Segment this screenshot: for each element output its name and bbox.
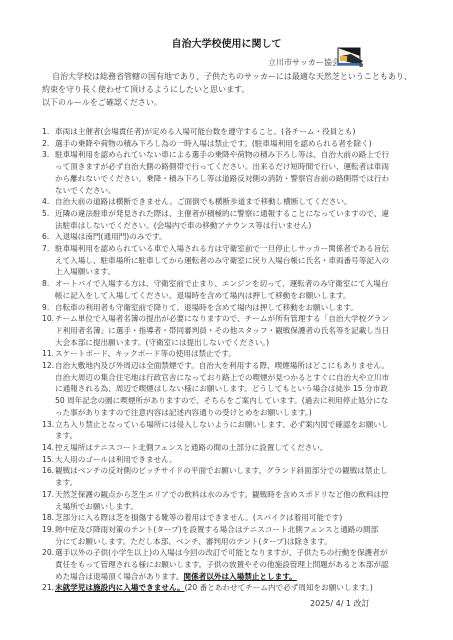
rule-text: 控え場所はテニスコート北側フェンスと通路の間の土部分に設置してください。 xyxy=(55,442,442,454)
rule-text-line: 駐車場利用を認められている車で入場される方は守衛室前で一旦停止しサッカー関係者で… xyxy=(55,243,442,255)
rule-text-line: え場所でお願いします。 xyxy=(55,501,442,513)
rules-list: 1.車両は主催者(会場責任者)が定める入場可能台数を遵守すること。(各チーム・役… xyxy=(42,126,442,594)
rule-text: 近隣の違法駐車が発見された際は、主催者が積極的に警察に通報することになっています… xyxy=(55,208,442,231)
rule-text: 芝部分に入る際は芝を損傷する靴等の着用はできません。(スパイクは着用可能です) xyxy=(55,512,442,524)
rule-text-line: 天然芝保護の観点から芝生エリアでの飲料は水のみです。観戦時を含めスポドリなど他の… xyxy=(55,489,442,501)
rule-number: 9. xyxy=(42,302,55,314)
rule-item: 14.控え場所はテニスコート北側フェンスと通路の間の土部分に設置してください。 xyxy=(42,442,442,454)
rule-item: 7.駐車場利用を認められている車で入場される方は守衛室前で一旦停止しサッカー関係… xyxy=(42,243,442,278)
rule-number: 5. xyxy=(42,208,55,231)
rule-text-line: 分にてお願いします。ただし本部、ベンチ、審判用のテント(タープ)は除きます。 xyxy=(55,536,442,548)
rule-text-line: 近隣の違法駐車が発見された際は、主催者が積極的に警察に通報することになっています… xyxy=(55,208,442,220)
rule-number: 18. xyxy=(42,512,55,524)
rule-item: 4.自治大前の道路は横断できません。ご面倒でも横断歩道まで移動し横断してください… xyxy=(42,196,442,208)
rule-text-line: オートバイで入場する方は、守衛室前で止まり、エンジンを切って、運転者のみ守衛室に… xyxy=(55,278,442,290)
rule-text-line: 上入場願います。 xyxy=(55,266,442,278)
rule-text-line: 選手の乗降や荷物の積み下ろし為の一時入場は禁止です。(駐車場利用を認められる者を… xyxy=(55,138,442,150)
rule-text: 大人用のゴールは利用できません。 xyxy=(55,454,442,466)
soccer-association-logo-icon xyxy=(337,47,365,69)
organization-name: 立川市サッカー協会 xyxy=(268,57,340,68)
rule-number: 15. xyxy=(42,454,55,466)
rule-number: 12. xyxy=(42,360,55,419)
rule-text-line: えて入場し、駐車場所に駐車してから運転者のみ守衛室に戻り入場台帳に氏名・車両番号… xyxy=(55,255,442,267)
rule-text: オートバイで入場する方は、守衛室前で止まり、エンジンを切って、運転者のみ守衛室に… xyxy=(55,278,442,301)
rule-number: 16. xyxy=(42,465,55,488)
rule-item: 16.観戦はベンチの反対側のピッチサイドの平面でお願いします、グランド斜面部分で… xyxy=(42,465,442,488)
rule-text: 観戦はベンチの反対側のピッチサイドの平面でお願いします、グランド斜面部分での観戦… xyxy=(55,465,442,488)
rule-text-plain: (20 番とあわせてチーム内で必ず周知をお願いします。) xyxy=(185,583,373,592)
rule-text: 自転車の利用者も守衛室前で降りて、退場時を含めて場内は押して移動をお願いします。 xyxy=(55,302,442,314)
rule-text-line: 立ち入り禁止となっている場所には侵入しないようにお願いします、必ず案内図で確認を… xyxy=(55,419,442,431)
rule-number: 1. xyxy=(42,126,55,138)
rule-text-line: 自治大周辺の集合住宅地は行政官舎になっており路上での喫煙が見つかるとすぐに自治大… xyxy=(55,372,442,384)
rule-text-line: ド利用者名簿」に選手・指導者・帯同審判員・その他スタッフ・観戦保護者の氏名等を記… xyxy=(55,325,442,337)
rule-text-line: 帳に記入をして入場してください。退場時を含めて場内は押して移動をお願いします。 xyxy=(55,290,442,302)
rule-item: 19.熱中症及び降雨対策のテント(タープ)を設置する場合はテニスコート北側フェン… xyxy=(42,524,442,547)
revision-date: 2025/ 4/ 1 改訂 xyxy=(310,598,370,609)
rule-text: 入退場は南門(通用門)のみです。 xyxy=(55,231,442,243)
rule-text-line: 自治大前の道路は横断できません。ご面倒でも横断歩道まで移動し横断してください。 xyxy=(55,196,442,208)
rule-text-line: スケートボード、キックボード等の使用は禁止です。 xyxy=(55,348,442,360)
rule-text-line: 未就学児は施設内に入場できません。(20 番とあわせてチーム内で必ず周知をお願い… xyxy=(55,582,442,594)
rule-number: 7. xyxy=(42,243,55,278)
rule-text-line: 熱中症及び降雨対策のテント(タープ)を設置する場合はテニスコート北側フェンスと通… xyxy=(55,524,442,536)
rule-text: 自治大前の道路は横断できません。ご面倒でも横断歩道まで移動し横断してください。 xyxy=(55,196,442,208)
rule-text-line: めた場合は退場頂く場合があります。関係者以外は入場禁止とします。 xyxy=(55,571,442,583)
rule-item: 11.スケートボード、キックボード等の使用は禁止です。 xyxy=(42,348,442,360)
rule-text-line: 責任をもって管理される様にお願いします。子供の放置やその他施設管理上問題があると… xyxy=(55,559,442,571)
rule-text: 自治大敷地内及び外周辺は全面禁煙です。自治大を利用する際、喫煙場所はどこにもあり… xyxy=(55,360,442,419)
rule-text-line: から離れないでください。乗降・積み下ろし等は道路反対側の消防・警察官舎前の路側帯… xyxy=(55,173,442,185)
rule-text-plain: めた場合は退場頂く場合があります。 xyxy=(55,572,183,581)
rule-item: 6.入退場は南門(通用門)のみです。 xyxy=(42,231,442,243)
rule-text-line: 自治大敷地内及び外周辺は全面禁煙です。自治大を利用する際、喫煙場所はどこにもあり… xyxy=(55,360,442,372)
rule-item: 1.車両は主催者(会場責任者)が定める入場可能台数を遵守すること。(各チーム・役… xyxy=(42,126,442,138)
rule-item: 18.芝部分に入る際は芝を損傷する靴等の着用はできません。(スパイクは着用可能で… xyxy=(42,512,442,524)
rule-text: 駐車場利用を認められていない車による選手の乗降や荷物の積み下ろし等は、自治大前の… xyxy=(55,149,442,196)
rule-number: 21. xyxy=(42,582,55,594)
rule-text: 選手の乗降や荷物の積み下ろし為の一時入場は禁止です。(駐車場利用を認められる者を… xyxy=(55,138,442,150)
rule-number: 10. xyxy=(42,313,55,348)
rule-text-line: 控え場所はテニスコート北側フェンスと通路の間の土部分に設置してください。 xyxy=(55,442,442,454)
intro-line-2: 約束を守り長く使わせて頂けるようにしたいと思います。 xyxy=(42,83,442,96)
intro-line-3: 以下のルールをご確認ください。 xyxy=(42,96,442,109)
rule-text: チーム単位で入場者名簿の提出が必要になりますので、チームが所有管理する「自治大学… xyxy=(55,313,442,348)
rule-item: 13.立ち入り禁止となっている場所には侵入しないようにお願いします、必ず案内図で… xyxy=(42,419,442,442)
rule-text-line: に通報される為、周辺で喫煙はしない様にお願いします。どうしてもという場合は徒歩 … xyxy=(55,383,442,395)
rule-text-line: った事がありますので注意内容は記述内容通りの受けとめをお願いします。) xyxy=(55,407,442,419)
rule-text-emphasis: 未就学児は施設内に入場できません。 xyxy=(55,583,185,592)
rule-text: 選手以外の子供(小学生以上)の入場は今回の改訂で可能となりますが、子供たちの行動… xyxy=(55,547,442,582)
intro-text: 自治大学校は総務省管轄の国有地であり、子供たちのサッカーには最適な天然芝というこ… xyxy=(42,70,442,109)
rule-text-line: 駐車場利用を認められていない車による選手の乗降や荷物の積み下ろし等は、自治大前の… xyxy=(55,149,442,161)
rule-text-line: 法駐車はしないでください。(会場内で車の移動アナウンス等は行いません) xyxy=(55,220,442,232)
rule-item: 12.自治大敷地内及び外周辺は全面禁煙です。自治大を利用する際、喫煙場所はどこに… xyxy=(42,360,442,419)
rule-number: 4. xyxy=(42,196,55,208)
rule-text: 天然芝保護の観点から芝生エリアでの飲料は水のみです。観戦時を含めスポドリなど他の… xyxy=(55,489,442,512)
rule-text-line: 観戦はベンチの反対側のピッチサイドの平面でお願いします、グランド斜面部分での観戦… xyxy=(55,465,442,477)
rule-text-line: 自転車の利用者も守衛室前で降りて、退場時を含めて場内は押して移動をお願いします。 xyxy=(55,302,442,314)
rule-text-line: 大会本部に提出願います。(守衛室には提出しないでください。) xyxy=(55,337,442,349)
rule-text-line: チーム単位で入場者名簿の提出が必要になりますので、チームが所有管理する「自治大学… xyxy=(55,313,442,325)
rule-text-line: ないでください。 xyxy=(55,185,442,197)
page-title: 自治大学校使用に関して xyxy=(0,35,453,50)
rule-number: 11. xyxy=(42,348,55,360)
intro-line-1: 自治大学校は総務省管轄の国有地であり、子供たちのサッカーには最適な天然芝というこ… xyxy=(42,70,442,83)
rule-item: 20.選手以外の子供(小学生以上)の入場は今回の改訂で可能となりますが、子供たち… xyxy=(42,547,442,582)
rule-number: 20. xyxy=(42,547,55,582)
document-page: 自治大学校使用に関して 立川市サッカー協会 自治大学校は総務省管轄の国有地であり… xyxy=(0,0,453,640)
rule-text: 未就学児は施設内に入場できません。(20 番とあわせてチーム内で必ず周知をお願い… xyxy=(55,582,442,594)
rule-number: 8. xyxy=(42,278,55,301)
rule-text-line: 入退場は南門(通用門)のみです。 xyxy=(55,231,442,243)
rule-number: 6. xyxy=(42,231,55,243)
rule-item: 5.近隣の違法駐車が発見された際は、主催者が積極的に警察に通報することになってい… xyxy=(42,208,442,231)
rule-text-line: 芝部分に入る際は芝を損傷する靴等の着用はできません。(スパイクは着用可能です) xyxy=(55,512,442,524)
rule-text-line: 大人用のゴールは利用できません。 xyxy=(55,454,442,466)
rule-text-line: 50 周年記念の園に喫煙所がありますので、そちらをご案内しています。(過去に利用… xyxy=(55,395,442,407)
rule-number: 2. xyxy=(42,138,55,150)
rule-item: 10.チーム単位で入場者名簿の提出が必要になりますので、チームが所有管理する「自… xyxy=(42,313,442,348)
rule-item: 17.天然芝保護の観点から芝生エリアでの飲料は水のみです。観戦時を含めスポドリな… xyxy=(42,489,442,512)
rule-text: 駐車場利用を認められている車で入場される方は守衛室前で一旦停止しサッカー関係者で… xyxy=(55,243,442,278)
rule-text-emphasis: 関係者以外は入場禁止とします。 xyxy=(183,572,296,581)
rule-text: 立ち入り禁止となっている場所には侵入しないようにお願いします、必ず案内図で確認を… xyxy=(55,419,442,442)
rule-item: 8.オートバイで入場する方は、守衛室前で止まり、エンジンを切って、運転者のみ守衛… xyxy=(42,278,442,301)
rule-number: 19. xyxy=(42,524,55,547)
rule-text: スケートボード、キックボード等の使用は禁止です。 xyxy=(55,348,442,360)
rule-text: 車両は主催者(会場責任者)が定める入場可能台数を遵守すること。(各チーム・役員と… xyxy=(55,126,442,138)
rule-item: 2.選手の乗降や荷物の積み下ろし為の一時入場は禁止です。(駐車場利用を認められる… xyxy=(42,138,442,150)
rule-item: 3.駐車場利用を認められていない車による選手の乗降や荷物の積み下ろし等は、自治大… xyxy=(42,149,442,196)
rule-item: 21.未就学児は施設内に入場できません。(20 番とあわせてチーム内で必ず周知を… xyxy=(42,582,442,594)
rule-item: 9.自転車の利用者も守衛室前で降りて、退場時を含めて場内は押して移動をお願いしま… xyxy=(42,302,442,314)
rule-item: 15.大人用のゴールは利用できません。 xyxy=(42,454,442,466)
rule-text-line: ます。 xyxy=(55,477,442,489)
rule-text-line: って頂きますが必ず自治大側の路側帯で行ってください。出来るだけ短時間で行い、運転… xyxy=(55,161,442,173)
rule-number: 14. xyxy=(42,442,55,454)
rule-number: 13. xyxy=(42,419,55,442)
rule-text-line: 選手以外の子供(小学生以上)の入場は今回の改訂で可能となりますが、子供たちの行動… xyxy=(55,547,442,559)
rule-text: 熱中症及び降雨対策のテント(タープ)を設置する場合はテニスコート北側フェンスと通… xyxy=(55,524,442,547)
rule-text-line: 車両は主催者(会場責任者)が定める入場可能台数を遵守すること。(各チーム・役員と… xyxy=(55,126,442,138)
rule-number: 17. xyxy=(42,489,55,512)
rule-text-line: ます。 xyxy=(55,430,442,442)
rule-number: 3. xyxy=(42,149,55,196)
